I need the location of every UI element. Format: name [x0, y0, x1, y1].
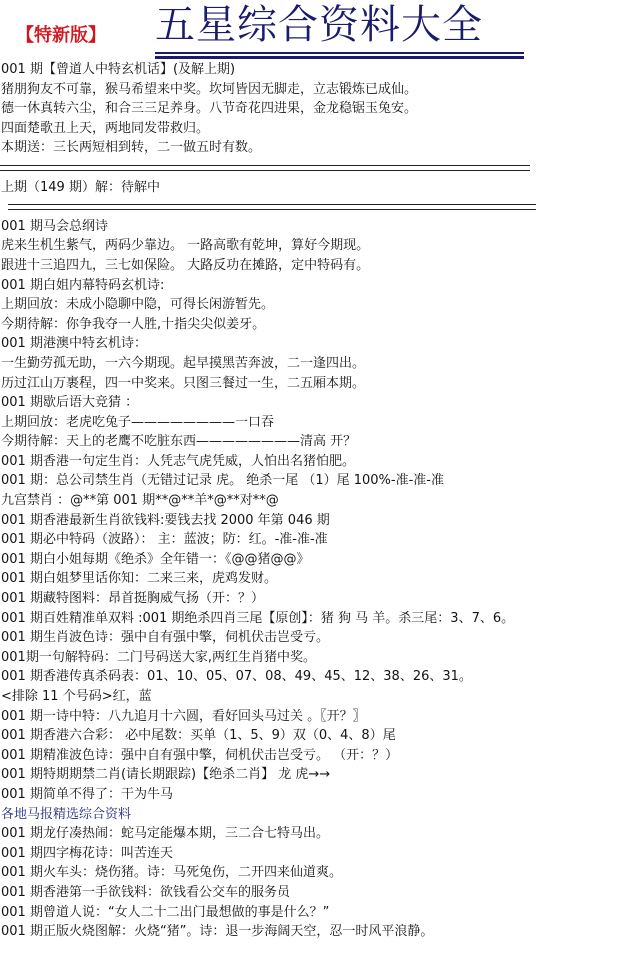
title-underline-thick	[155, 56, 524, 59]
text-line: 001 期必中特码（波路）： 主：蓝波；防：红。-准-准-准	[0, 530, 642, 550]
text-line: 虎来生机生紫气，两码少靠边。 一路高歌有乾坤，算好今期现。	[0, 236, 642, 256]
section-subheading: 各地马报精选综合资料	[0, 805, 642, 825]
text-line: 001 期香港六合彩： 必中尾数：买单（1、5、9）双（0、4、8）尾	[0, 726, 642, 746]
text-line: 001 期简单不得了：干为牛马	[0, 785, 642, 805]
text-line: 001 期四字梅花诗：叫苦连天	[0, 844, 642, 864]
text-line: 今期待解：你争我夺一人胜,十指尖尖似姜牙。	[0, 315, 642, 335]
intro-heading: 001 期【曾道人中特玄机话】(及解上期)	[0, 60, 642, 80]
text-line: 德一休真转六尘，和合三三足养身。八节奇花四进果，金龙稳锯玉兔安。	[0, 99, 642, 119]
text-line: 001 期曾道人说：“女人二十二出门最想做的事是什么？”	[0, 903, 642, 923]
text-line: 001 期歇后语大竞猜 ：	[0, 393, 642, 413]
tail-section: 001 期龙仔凑热闹：蛇马定能爆本期，三二合七特马出。 001 期四字梅花诗：叫…	[0, 824, 642, 942]
text-line: 上期回放：未成小隐聊中隐，可得长闲游暂先。	[0, 295, 642, 315]
text-line: 今期待解：天上的老鹰不吃脏东西————————清高 开？	[0, 432, 642, 452]
text-line: 001 期马会总纲诗	[0, 217, 642, 237]
text-line: 上期回放：老虎吃兔子————————一口吞	[0, 413, 642, 433]
text-line: 本期送：三长两短相到转，二一做五时有数。	[0, 138, 642, 158]
last-period-result: 上期（149 期）解：待解中	[0, 178, 642, 198]
text-line: 四面楚歌丑上天，两地同发带救归。	[0, 119, 642, 139]
text-line: 001 期精准波色诗：强中自有强中擎，伺机伏击岂受亏。 （开：？）	[0, 746, 642, 766]
main-section: 001 期马会总纲诗 虎来生机生紫气，两码少靠边。 一路高歌有乾坤，算好今期现。…	[0, 217, 642, 805]
text-line: 猪朋狗友不可靠，猴马希望来中奖。坎坷皆因无脚走，立志锻炼已成仙。	[0, 80, 642, 100]
text-line: <排除 11 个号码>红，蓝	[0, 687, 642, 707]
page-header: 【特新版】 五星综合资料大全	[0, 0, 642, 62]
text-line: 001 期一诗中特：八九追月十六圆，看好回头马过关 。〖开？〗	[0, 707, 642, 727]
text-line: 001 期白姐梦里话你知：二来三来，虎鸡发财。	[0, 569, 642, 589]
document-body: 001 期【曾道人中特玄机话】(及解上期) 猪朋狗友不可靠，猴马希望来中奖。坎坷…	[0, 60, 642, 942]
text-line: 001 期正版火烧图解：火烧“猪”。诗：退一步海阔天空，忍一时风平浪静。	[0, 922, 642, 942]
text-line: 001 期香港最新生肖欲钱料:要钱去找 2000 年第 046 期	[0, 511, 642, 531]
text-line: 001期一句解特码：二门号码送大家,两红生肖猪中奖。	[0, 648, 642, 668]
text-line: 跟进十三追四九，三七如保险。 大路反功在摊路，定中特码有。	[0, 256, 642, 276]
text-line: 001 期白姐内幕特码玄机诗:	[0, 276, 642, 296]
text-line: 001 期香港第一手欲钱料：欲钱看公交车的服务员	[0, 883, 642, 903]
text-line: 001 期香港传真杀码表：01、10、05、07、08、49、45、12、38、…	[0, 667, 642, 687]
text-line: 001 期特期期禁二肖(请长期跟踪)【绝杀二肖】 龙 虎→→	[0, 765, 642, 785]
text-line: 一生勤劳孤无助，一六今期现。起早摸黑苦奔波，二一逢四出。	[0, 354, 642, 374]
double-line-divider	[0, 158, 642, 178]
title-underline-thin	[155, 52, 524, 54]
intro-section: 001 期【曾道人中特玄机话】(及解上期) 猪朋狗友不可靠，猴马希望来中奖。坎坷…	[0, 60, 642, 158]
double-line-divider	[0, 197, 642, 217]
text-line: 001 期龙仔凑热闹：蛇马定能爆本期，三二合七特马出。	[0, 824, 642, 844]
text-line: 历过江山万裹程，四一中奖来。只图三餐过一生，二五厢本期。	[0, 374, 642, 394]
divider-rule	[8, 204, 536, 210]
text-line: 九宫禁肖 ：@**第 001 期**@**羊*@**对**@	[0, 491, 642, 511]
text-line: 001 期火车头：烧伤猪。诗：马死兔伤，二开四来仙道爽。	[0, 863, 642, 883]
page-title: 五星综合资料大全	[155, 0, 483, 50]
text-line: 001 期港澳中特玄机诗：	[0, 334, 642, 354]
edition-badge: 【特新版】	[16, 21, 106, 47]
text-line: 001 期：总公司禁生肖（无错过记录 虎。 绝杀一尾 （1）尾 100%-准-准…	[0, 471, 642, 491]
text-line: 001 期百姓精准单双料 :001 期绝杀四肖三尾【原创】：猪 狗 马 羊。杀三…	[0, 609, 642, 629]
text-line: 001 期白小姐每期《绝杀》全年错一：《@@猪@@》	[0, 550, 642, 570]
divider-rule	[0, 165, 530, 171]
text-line: 001 期藏特图料：昂首挺胸威气扬（开：？）	[0, 589, 642, 609]
text-line: 001 期生肖波色诗：强中自有强中擎，伺机伏击岂受亏。	[0, 628, 642, 648]
text-line: 001 期香港一句定生肖：人凭志气虎凭威，人怕出名猪怕肥。	[0, 452, 642, 472]
